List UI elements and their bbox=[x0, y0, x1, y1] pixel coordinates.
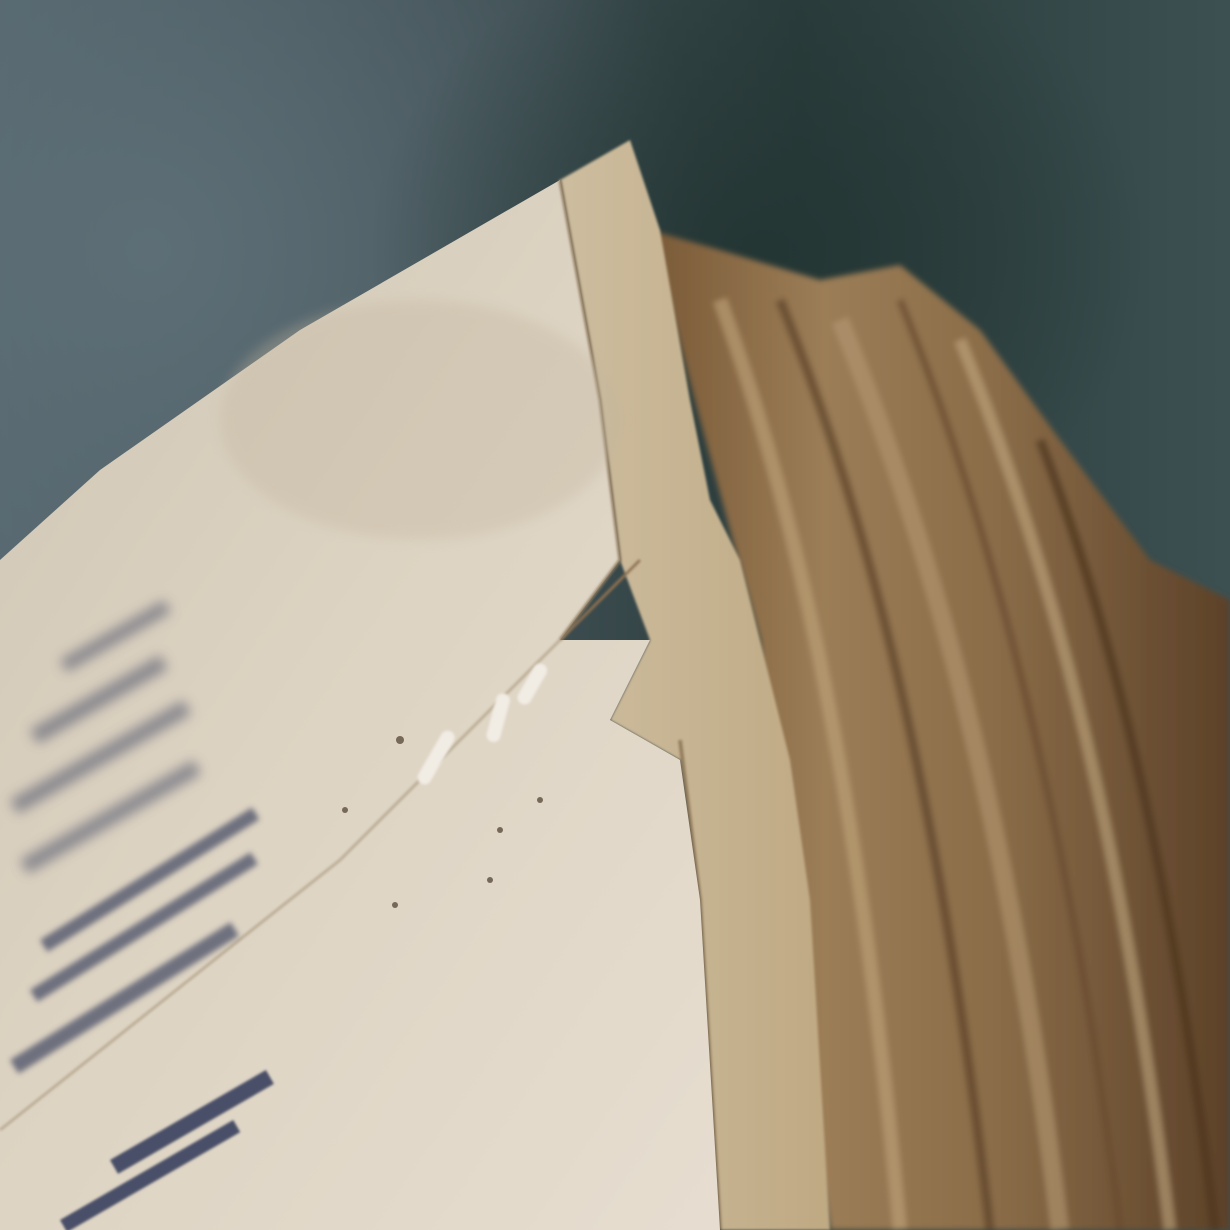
book-illustration bbox=[0, 0, 1230, 1230]
photo-scene: Close-up of an antique book's fore-edge … bbox=[0, 0, 1230, 1230]
